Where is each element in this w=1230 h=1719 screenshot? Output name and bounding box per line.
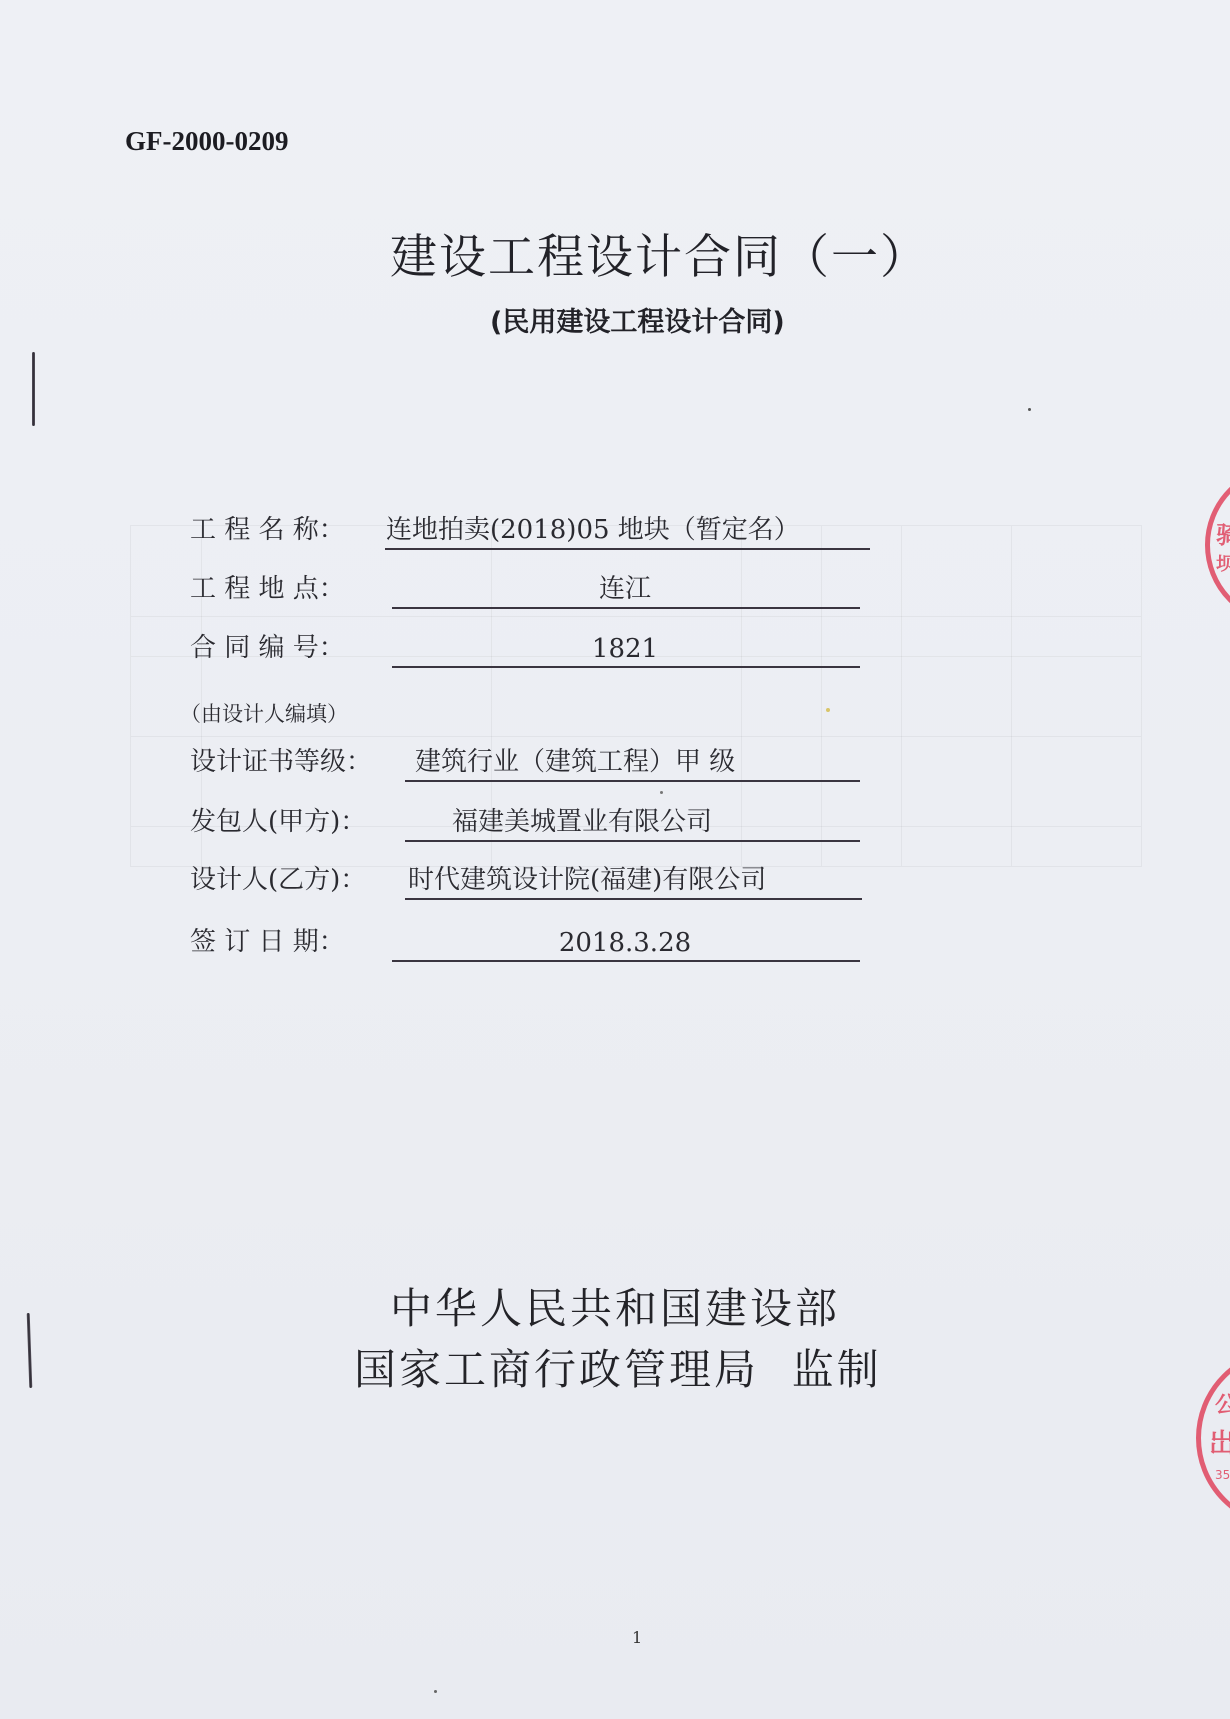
field-label: 设计证书等级： (190, 741, 372, 778)
underline (405, 840, 860, 842)
field-certificate-grade: 设计证书等级： 建筑行业（建筑工程）甲 级 (190, 738, 870, 782)
field-project-location: 工 程 地 点： 连江 (190, 565, 870, 609)
certificate-grade-value: 建筑行业（建筑工程）甲 级 (415, 741, 735, 778)
field-label: 签 订 日 期： (190, 921, 345, 958)
document-title: 建设工程设计合同（一） (390, 220, 929, 287)
field-label: 合 同 编 号： (190, 627, 345, 664)
document-subtitle: (民用建设工程设计合同) (490, 300, 785, 339)
red-seal-stamp: 骑 坝 (1205, 465, 1230, 625)
binding-staple-mark (27, 1313, 33, 1388)
document-page: GF-2000-0209 建设工程设计合同（一） (民用建设工程设计合同) 工 … (0, 0, 1230, 1719)
field-label: 工 程 名 称： (190, 509, 345, 546)
project-name-value: 连地拍卖(2018)05 地块（暂定名） (386, 509, 800, 546)
field-designer: 设计人(乙方)： 时代建筑设计院(福建)有限公司 (190, 856, 870, 900)
designer-value: 时代建筑设计院(福建)有限公司 (408, 859, 766, 896)
paper-speck (1028, 408, 1031, 411)
contract-number-note: （由设计人编填） (180, 698, 348, 728)
field-project-name: 工 程 名 称： 连地拍卖(2018)05 地块（暂定名） (190, 506, 870, 550)
underline (405, 780, 860, 782)
project-location-value: 连江 (392, 568, 858, 605)
paper-speck (434, 1690, 437, 1693)
field-label: 设计人(乙方)： (190, 859, 366, 896)
underline (385, 548, 870, 550)
paper-speck (826, 708, 830, 712)
red-seal-stamp: 公 岀 3501 (1196, 1348, 1230, 1528)
page-number: 1 (632, 1628, 642, 1647)
binding-staple-mark (32, 352, 35, 426)
paper-speck (660, 791, 663, 794)
underline (392, 960, 860, 962)
underline (392, 607, 860, 609)
field-signing-date: 签 订 日 期： 2018.3.28 (190, 918, 870, 962)
field-client: 发包人(甲方)： 福建美城置业有限公司 (190, 798, 870, 842)
bleed-through-text (130, 140, 1190, 166)
client-value: 福建美城置业有限公司 (452, 801, 712, 838)
field-label: 工 程 地 点： (190, 568, 345, 605)
field-contract-number: 合 同 编 号： 1821 (190, 624, 870, 668)
form-code: GF-2000-0209 (125, 126, 288, 157)
signing-date-value: 2018.3.28 (392, 928, 858, 958)
contract-number-value: 1821 (392, 634, 858, 664)
field-label: 发包人(甲方)： (190, 801, 366, 838)
underline (405, 898, 862, 900)
issuer-ministry: 中华人民共和国建设部 (390, 1276, 840, 1336)
issuer-administration: 国家工商行政管理局 监制 (354, 1337, 882, 1397)
underline (392, 666, 860, 668)
